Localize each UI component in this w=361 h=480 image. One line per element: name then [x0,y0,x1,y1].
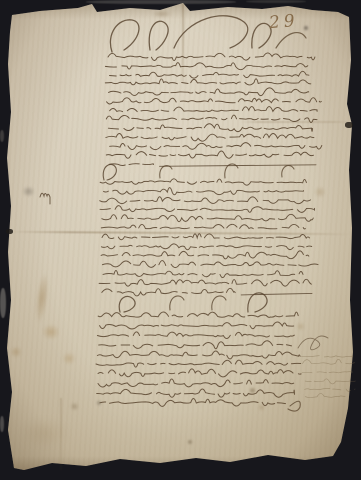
stain [314,186,326,198]
stain [10,346,22,358]
stain [152,10,172,18]
stain [62,352,76,365]
fold-crease-vertical [182,4,184,82]
edge-notch [345,122,353,128]
stain [42,324,60,340]
fold-crease-horizontal [240,121,352,123]
stain [250,388,255,393]
stain [20,418,70,448]
background-fleck [0,288,6,318]
background-fleck [246,0,306,3]
fold-crease-vertical [60,398,62,470]
background-fleck [0,416,4,432]
background-fleck [86,0,236,4]
stain [22,186,35,197]
folio-number: 29 [268,11,299,34]
edge-notch [6,229,13,234]
stain [70,402,79,411]
manuscript-photo: 29 [0,0,361,480]
stain [258,404,265,411]
manuscript-page [0,0,361,480]
background-fleck [0,130,4,142]
stain [296,322,305,331]
stain [304,26,308,30]
stain [188,440,192,444]
stain [96,400,102,406]
